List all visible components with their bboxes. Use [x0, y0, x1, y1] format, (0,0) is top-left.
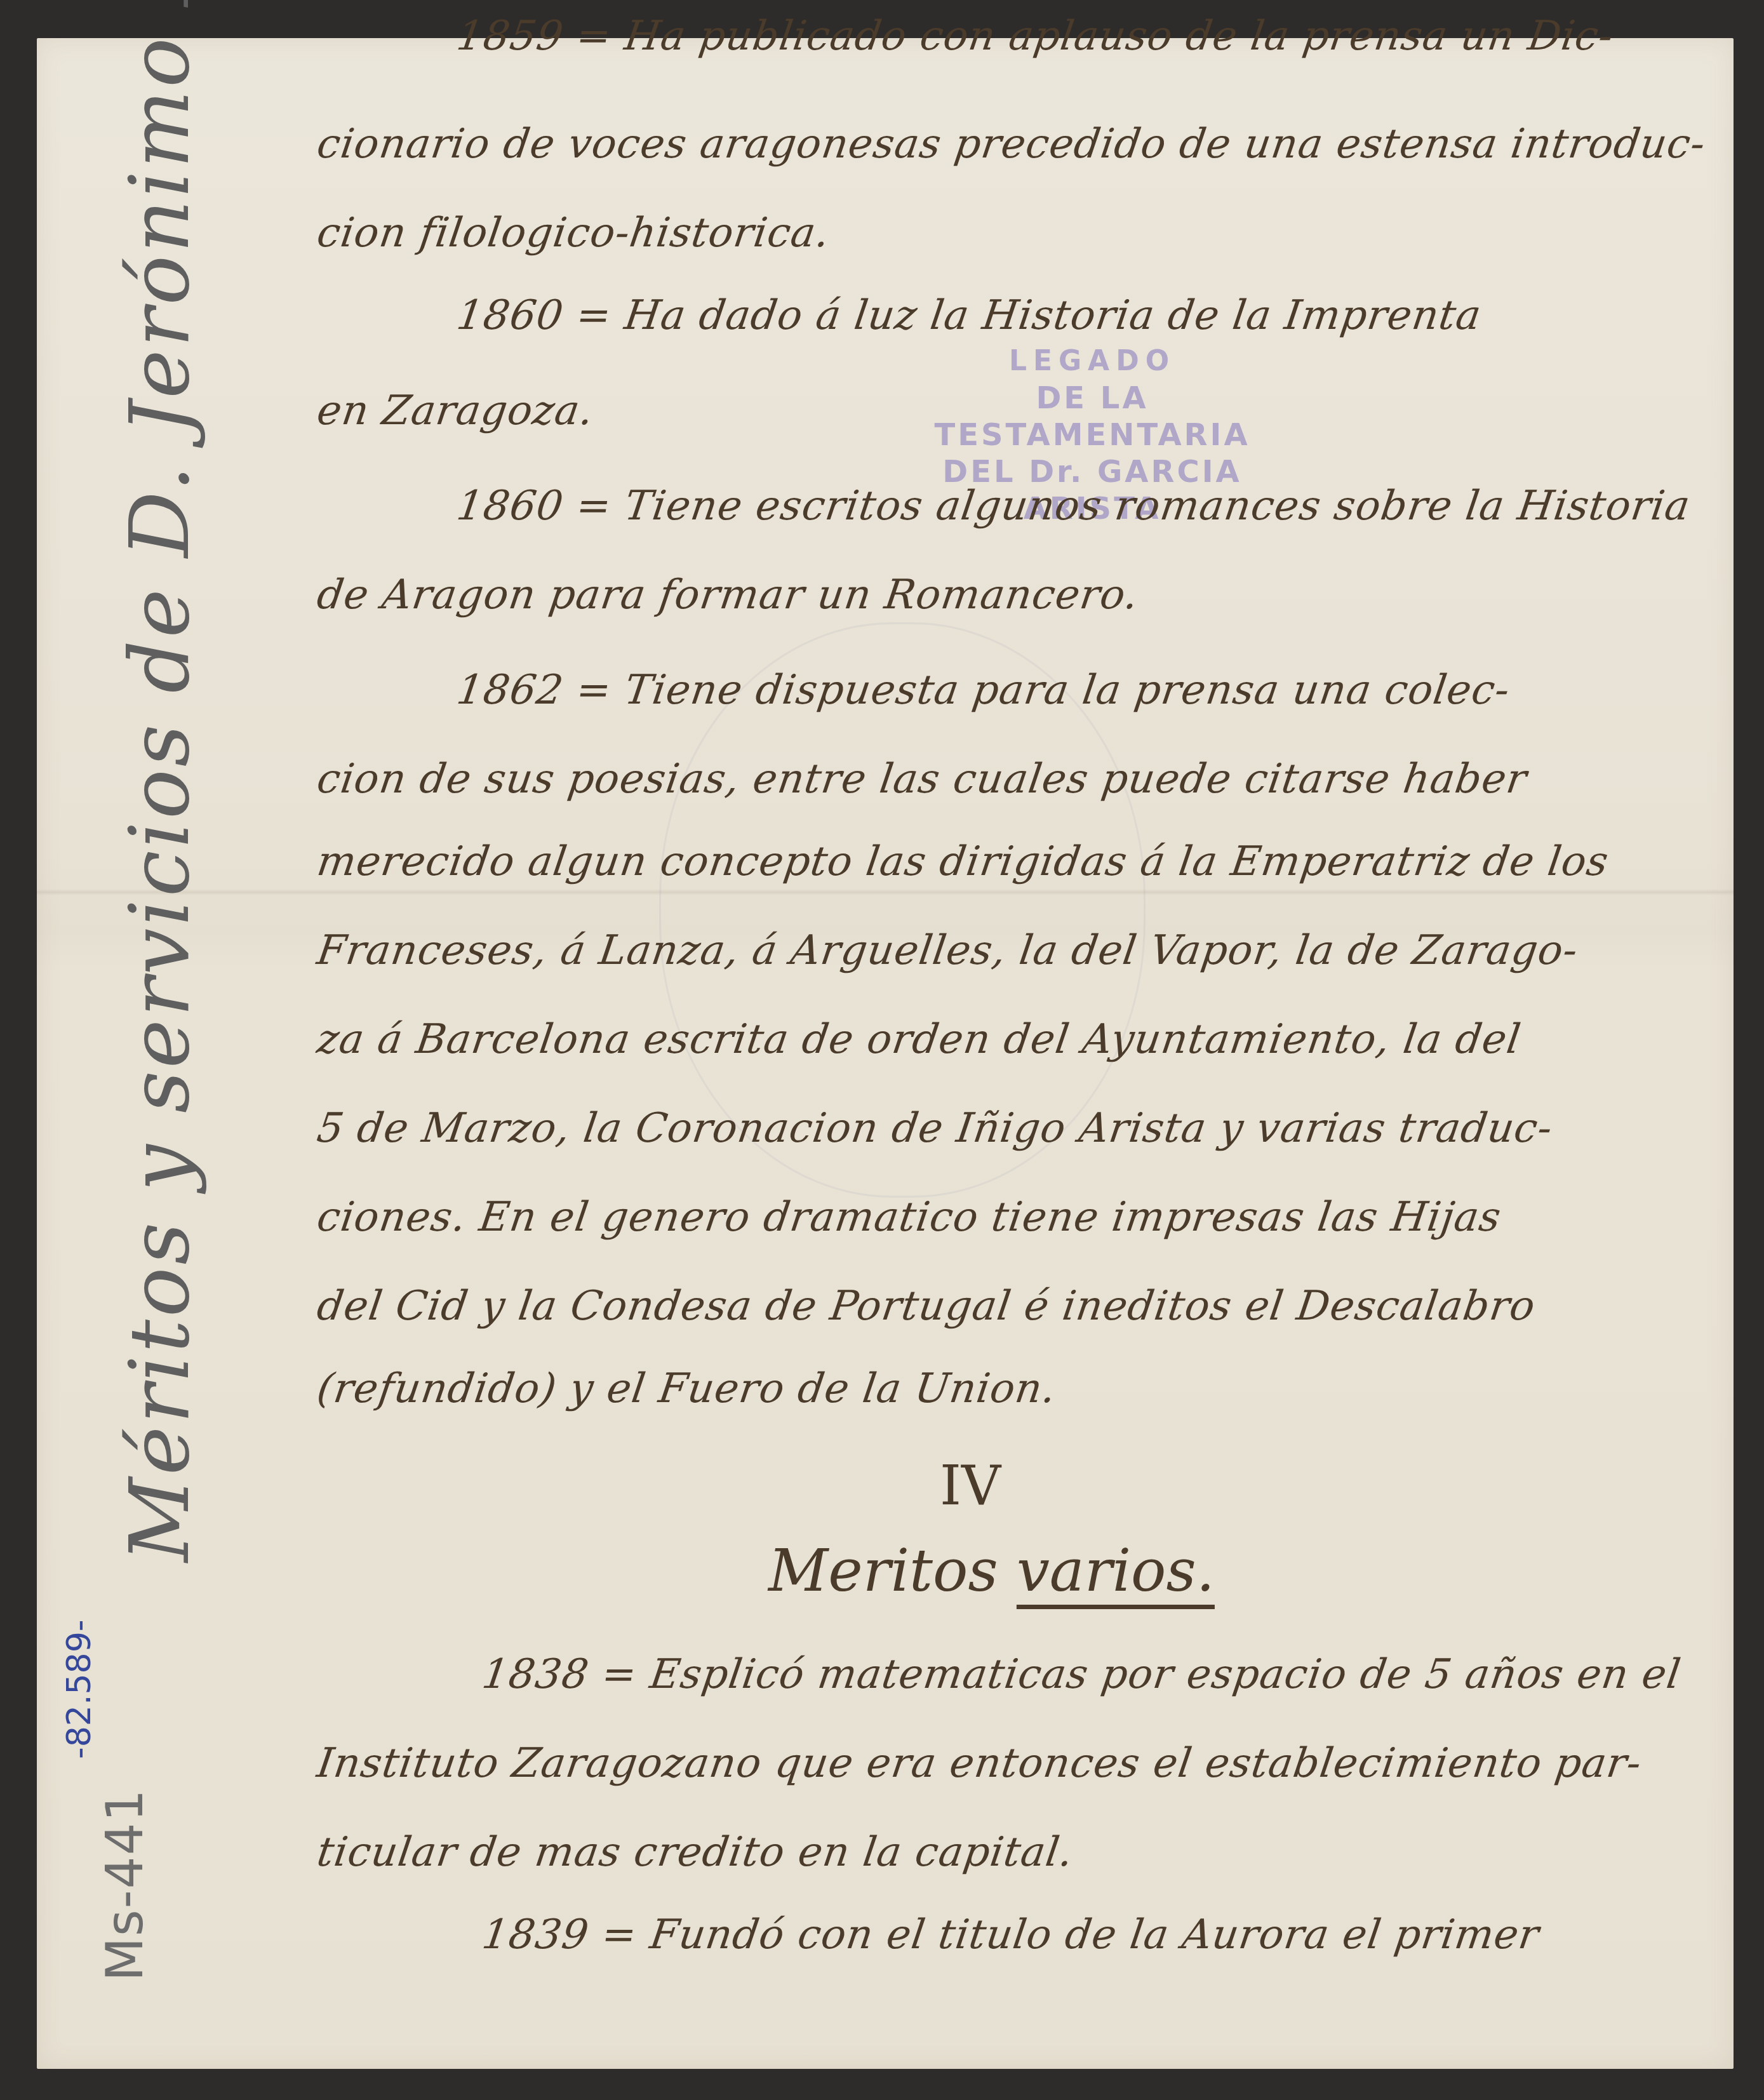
section-numeral: IV	[940, 1454, 1001, 1518]
section-title-word-2: varios.	[1017, 1537, 1215, 1605]
text-line: cion de sus poesias, entre las cuales pu…	[314, 756, 1530, 803]
text-line: 1838 = Esplicó matematicas por espacio d…	[479, 1651, 1684, 1698]
text-line: Franceses, á Lanza, á Arguelles, la del …	[314, 927, 1581, 974]
stamp-line-1: LEGADO	[883, 343, 1302, 380]
text-line: del Cid y la Condesa de Portugal é inedi…	[314, 1283, 1539, 1330]
stamp-line-2: DE LA TESTAMENTARIA	[883, 380, 1302, 453]
text-line: Instituto Zaragozano que era entonces el…	[314, 1740, 1645, 1787]
section-title-word-1: Meritos	[768, 1537, 998, 1605]
text-line: ticular de mas credito en la capital.	[314, 1829, 1076, 1876]
text-line: cionario de voces aragonesas precedido d…	[314, 121, 1709, 168]
text-line: cion filologico-historica.	[314, 210, 833, 257]
text-line: 1859 = Ha publicado con aplauso de la pr…	[454, 13, 1617, 60]
section-title: Meritos varios.	[768, 1537, 1215, 1605]
manuscript-scan: Méritos y servicios de D. Jerónimo Borao…	[0, 0, 1764, 2100]
margin-title-annotation: Méritos y servicios de D. Jerónimo Borao	[111, 0, 208, 1562]
text-line: 1862 = Tiene dispuesta para la prensa un…	[454, 667, 1513, 714]
text-line: za á Barcelona escrita de orden del Ayun…	[314, 1016, 1524, 1063]
text-line: en Zaragoza.	[314, 387, 597, 434]
shelfmark: Ms-441	[95, 1788, 154, 1981]
text-line: (refundido) y el Fuero de la Union.	[314, 1365, 1059, 1412]
text-line: 1860 = Ha dado á luz la Historia de la I…	[454, 292, 1485, 339]
text-line: 1839 = Fundó con el titulo de la Aurora …	[479, 1911, 1542, 1958]
text-line: 1860 = Tiene escritos algunos romances s…	[454, 483, 1694, 530]
text-line: 5 de Marzo, la Coronacion de Iñigo Arist…	[314, 1105, 1556, 1152]
text-line: ciones. En el genero dramatico tiene imp…	[314, 1194, 1504, 1241]
text-line: merecido algun concepto las dirigidas á …	[314, 838, 1612, 885]
catalog-number: -82.589-	[60, 1620, 98, 1759]
text-line: de Aragon para formar un Romancero.	[314, 572, 1142, 619]
